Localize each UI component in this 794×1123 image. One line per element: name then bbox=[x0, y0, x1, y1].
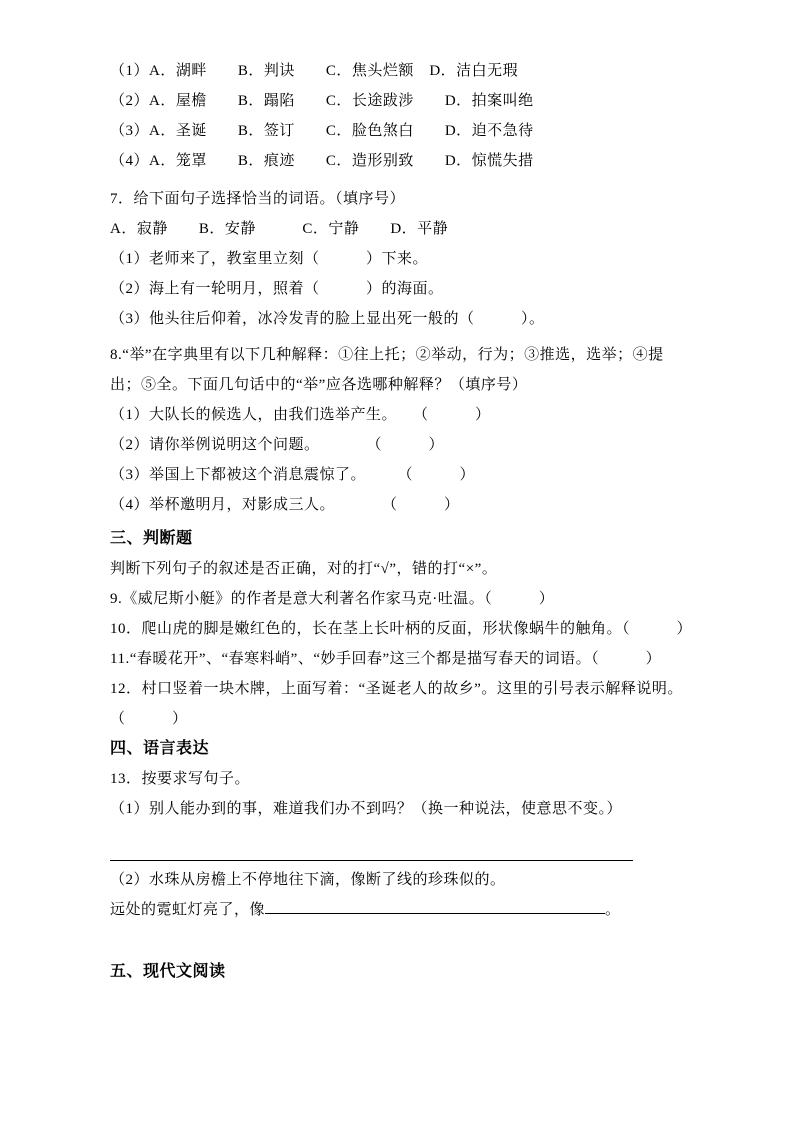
q7-stem: 7．给下面句子选择恰当的词语。（填序号） bbox=[110, 184, 744, 214]
tf-item-12-answer-paren: （ ） bbox=[110, 704, 744, 734]
q13-item-1-answer-blank-line bbox=[110, 860, 633, 861]
q7-item-3: （3）他头往后仰着，冰冷发青的脸上显出死一般的（ ）。 bbox=[110, 304, 744, 334]
tf-item-10: 10．爬山虎的脚是嫩红色的，长在茎上长叶柄的反面，形状像蜗牛的触角。（ ） bbox=[110, 614, 744, 644]
q13-item-1: （1）别人能办到的事，难道我们办不到吗？（换一种说法，使意思不变。） bbox=[110, 794, 744, 824]
q8-item-3: （3）举国上下都被这个消息震惊了。 （ ） bbox=[110, 460, 744, 490]
q6-option-row-2: （2）A．屋檐 B．蹋陷 C．长途跋涉 D．拍案叫绝 bbox=[110, 86, 744, 116]
q6-option-row-1: （1）A．湖畔 B．判诀 C．焦头烂额 D．洁白无瑕 bbox=[110, 56, 744, 86]
q7-choices: A．寂静 B．安静 C．宁静 D．平静 bbox=[110, 214, 744, 244]
tf-item-11: 11.“春暖花开”、“春寒料峭”、“妙手回春”这三个都是描写春天的词语。（ ） bbox=[110, 644, 744, 674]
q8-stem-line-2: 出；⑤全。下面几句话中的“举”应各选哪种解释？（填序号） bbox=[110, 370, 744, 400]
tf-item-9: 9.《威尼斯小艇》的作者是意大利著名作家马克·吐温。（ ） bbox=[110, 584, 744, 614]
q7-item-1: （1）老师来了，教室里立刻（ ）下来。 bbox=[110, 244, 744, 274]
q7-item-2: （2）海上有一轮明月，照着（ ）的海面。 bbox=[110, 274, 744, 304]
section-3-intro: 判断下列句子的叙述是否正确，对的打“√”，错的打“×”。 bbox=[110, 554, 744, 584]
q8-item-2: （2）请你举例说明这个问题。 （ ） bbox=[110, 430, 744, 460]
section-3-heading: 三、判断题 bbox=[110, 524, 744, 554]
q8-item-1: （1）大队长的候选人，由我们选举产生。 （ ） bbox=[110, 400, 744, 430]
q13-item-2: （2）水珠从房檐上不停地往下滴，像断了线的珍珠似的。 bbox=[110, 865, 744, 895]
q13-fill-prefix: 远处的霓虹灯亮了，像 bbox=[110, 902, 265, 918]
q8-stem-line-1: 8.“举”在字典里有以下几种解释：①往上托；②举动，行为；③推选，选举；④提 bbox=[110, 340, 744, 370]
q13-item-2-fill-line: 远处的霓虹灯亮了，像。 bbox=[110, 902, 621, 918]
section-4-heading: 四、语言表达 bbox=[110, 734, 744, 764]
q6-option-row-3: （3）A．圣诞 B．签订 C．脸色煞白 D．迫不急待 bbox=[110, 116, 744, 146]
tf-item-12: 12．村口竖着一块木牌，上面写着：“圣诞老人的故乡”。这里的引号表示解释说明。 bbox=[110, 674, 744, 704]
q13-item-2-inline-blank bbox=[265, 898, 605, 914]
q8-item-4: （4）举杯邀明月，对影成三人。 （ ） bbox=[110, 490, 744, 520]
document-page: （1）A．湖畔 B．判诀 C．焦头烂额 D．洁白无瑕 （2）A．屋檐 B．蹋陷 … bbox=[0, 0, 794, 1123]
q6-option-row-4: （4）A．笼罩 B．痕迹 C．造形别致 D．惊慌失措 bbox=[110, 146, 744, 176]
q13-fill-suffix: 。 bbox=[605, 902, 621, 918]
q13-stem: 13．按要求写句子。 bbox=[110, 764, 744, 794]
section-5-heading: 五、现代文阅读 bbox=[110, 957, 744, 987]
